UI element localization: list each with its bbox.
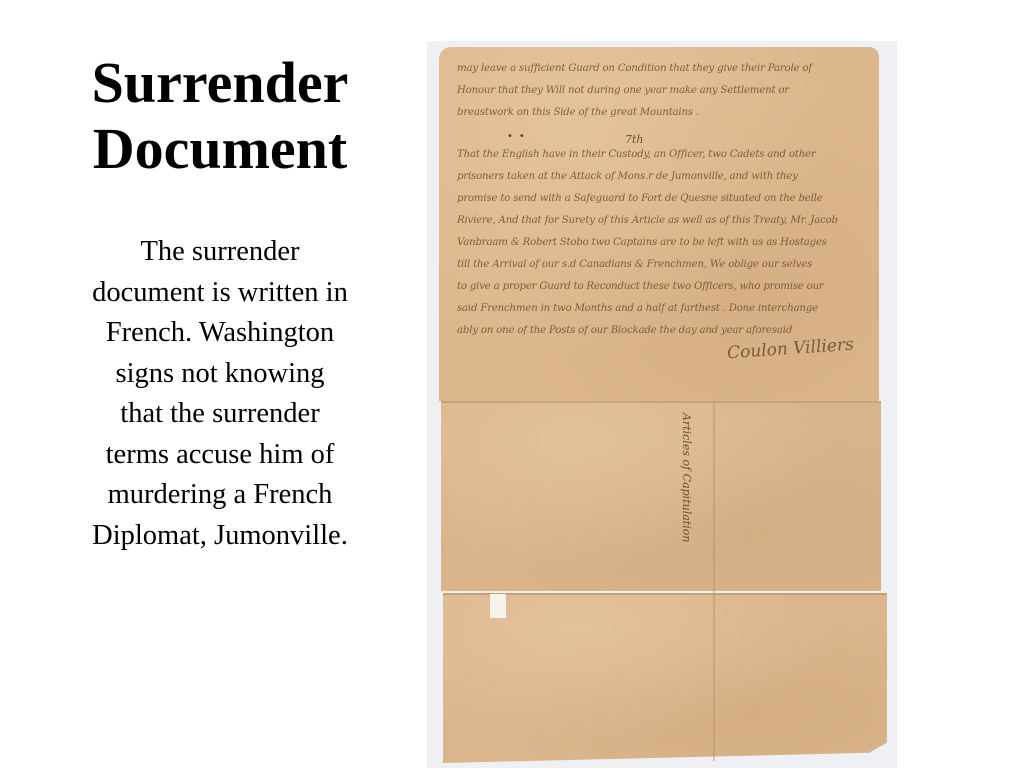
handwritten-line: till the Arrival of our s.d Canadians & … xyxy=(457,259,877,270)
surrender-document-image: may leave a sufficient Guard on Conditio… xyxy=(427,41,897,768)
paper-tear xyxy=(490,594,506,618)
slide-title: Surrender Document xyxy=(60,50,380,182)
handwritten-line: Honour that they Will not during one yea… xyxy=(457,85,877,96)
handwritten-line: Vanbraam & Robert Stobo two Captains are… xyxy=(457,237,877,248)
document-page-middle-panel xyxy=(441,401,881,591)
handwritten-line: said Frenchmen in two Months and a half … xyxy=(457,303,877,314)
article-marker: 7th xyxy=(625,133,644,146)
handwritten-line: may leave a sufficient Guard on Conditio… xyxy=(457,63,877,74)
handwritten-line: ably on one of the Posts of our Blockade… xyxy=(457,325,877,336)
endorsement-text: Articles of Capitulation xyxy=(680,413,693,542)
handwritten-line: Riviere, And that for Surety of this Art… xyxy=(457,215,877,226)
slide-body-text: The surrender document is written in Fre… xyxy=(58,232,382,556)
handwritten-line: breastwork on this Side of the great Mou… xyxy=(457,107,877,118)
handwritten-line: to give a proper Guard to Reconduct thes… xyxy=(457,281,877,292)
document-page-bottom-panel xyxy=(443,593,887,763)
ink-dots: •• xyxy=(507,131,531,142)
handwritten-line: promise to send with a Safeguard to Fort… xyxy=(457,193,877,204)
handwritten-line: prisoners taken at the Attack of Mons.r … xyxy=(457,171,877,182)
slide: Surrender Document The surrender documen… xyxy=(0,0,1024,768)
vertical-fold-line xyxy=(713,401,715,761)
handwritten-line: That the English have in their Custody, … xyxy=(457,149,877,160)
